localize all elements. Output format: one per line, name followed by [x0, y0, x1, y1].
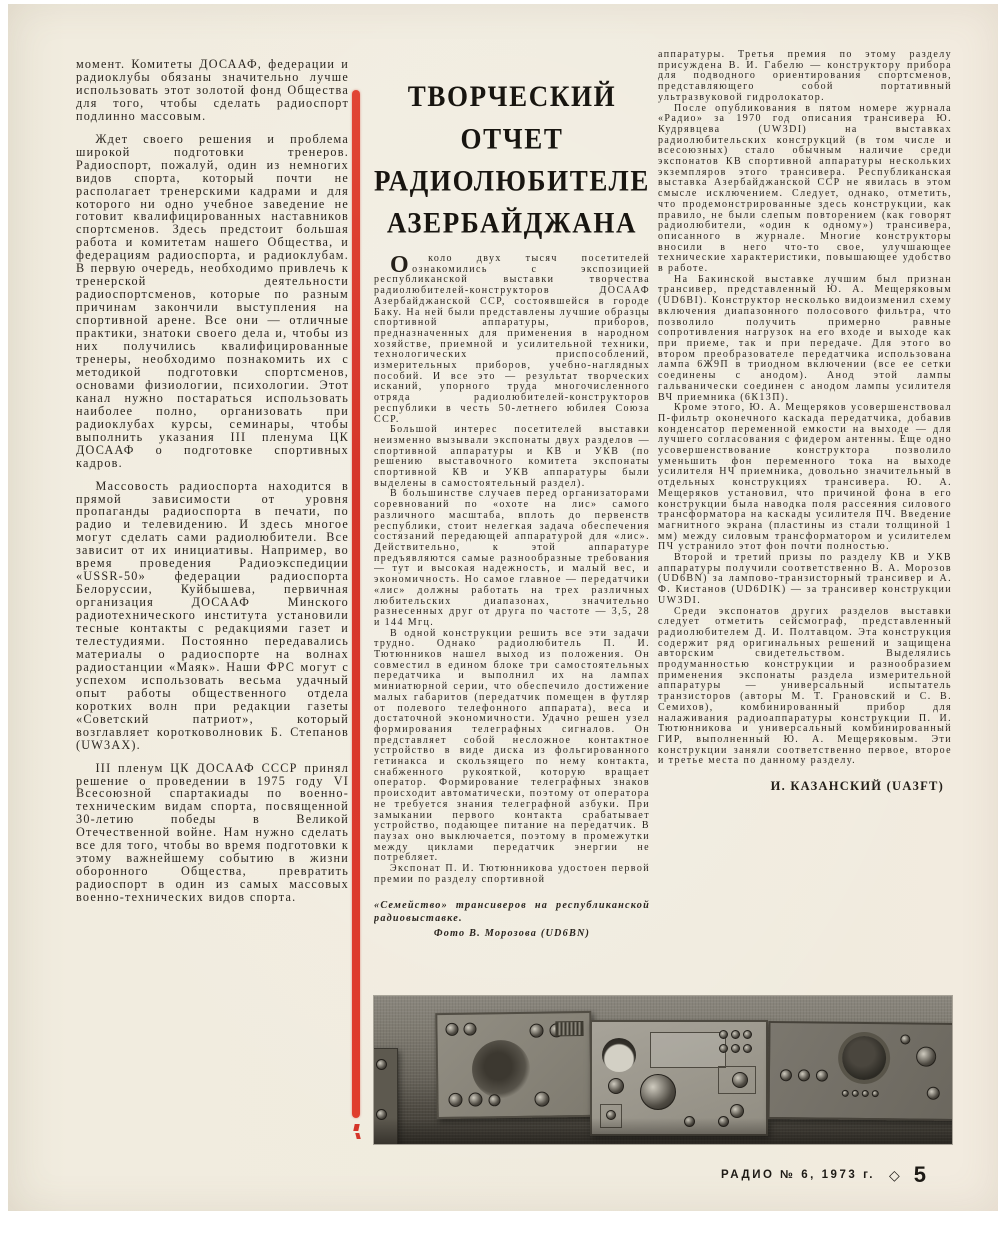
transceiver-right [767, 1021, 952, 1121]
paragraph: момент. Комитеты ДОСААФ, федерации и рад… [76, 58, 349, 123]
paragraph: В большинстве случаев перед организатора… [374, 489, 650, 628]
paragraph: В одной конструкции решить все эти задач… [374, 629, 650, 864]
caption-credit: Фото В. Морозова (UD6BN) [374, 927, 650, 940]
title-line-2: РАДИОЛЮБИТЕЛЕЙ [374, 160, 650, 202]
red-rule-tail-mark [353, 1124, 362, 1142]
lead-paragraph: Около двух тысяч посетителей ознакомилис… [374, 254, 650, 425]
page-number: 5 [914, 1162, 926, 1188]
paragraph: Среди экспонатов других разделов выставк… [658, 607, 952, 768]
author-byline: И. КАЗАНСКИЙ (UA3FT) [658, 781, 952, 792]
journal-issue-label: РАДИО № 6, 1973 г. [721, 1169, 875, 1181]
caption-text: «Семейство» трансиверов на республиканск… [374, 900, 650, 924]
paragraph: аппаратуры. Третья премия по этому разде… [658, 50, 952, 104]
paragraph: Кроме этого, Ю. А. Мещеряков усовершенст… [658, 403, 952, 553]
title-line-3: АЗЕРБАЙДЖАНА [374, 202, 650, 244]
paragraph: Большой интерес посетителей выставки неи… [374, 425, 650, 489]
red-column-rule [352, 90, 360, 1118]
article-title: ТВОРЧЕСКИЙ ОТЧЕТ РАДИОЛЮБИТЕЛЕЙ АЗЕРБАЙД… [374, 76, 650, 244]
middle-paragraphs: Большой интерес посетителей выставки неи… [374, 425, 650, 885]
diamond-icon: ◇ [889, 1168, 900, 1182]
paragraph: Массовость радиоспорта находится в прямо… [76, 480, 349, 752]
paragraph: После опубликования в пятом номере журна… [658, 104, 952, 275]
middle-column: ТВОРЧЕСКИЙ ОТЧЕТ РАДИОЛЮБИТЕЛЕЙ АЗЕРБАЙД… [374, 64, 650, 989]
paragraph: Второй и третий призы по разделу КВ и УК… [658, 553, 952, 607]
lead-text: коло двух тысяч посетителей ознакомились… [374, 253, 650, 425]
paragraph: Ждет своего решения и проблема широкой п… [76, 133, 349, 470]
magazine-page: момент. Комитеты ДОСААФ, федерации и рад… [8, 4, 998, 1211]
exhibit-photo [374, 996, 952, 1144]
left-column: момент. Комитеты ДОСААФ, федерации и рад… [76, 58, 349, 1148]
title-line-1: ТВОРЧЕСКИЙ ОТЧЕТ [374, 76, 650, 160]
paragraph: На Бакинской выставке лучшим был признан… [658, 275, 952, 403]
drop-cap: О [374, 254, 412, 275]
paragraph: III пленум ЦК ДОСААФ СССР принял решение… [76, 762, 349, 904]
paragraph: Экспонат П. И. Тютюнникова удостоен перв… [374, 864, 650, 885]
transceiver-left [435, 1011, 592, 1119]
right-paragraphs: аппаратуры. Третья премия по этому разде… [658, 50, 952, 767]
page-footer: РАДИО № 6, 1973 г. ◇ 5 [721, 1162, 926, 1188]
photo-caption: «Семейство» трансиверов на республиканск… [374, 899, 650, 940]
right-column: аппаратуры. Третья премия по этому разде… [658, 50, 952, 990]
